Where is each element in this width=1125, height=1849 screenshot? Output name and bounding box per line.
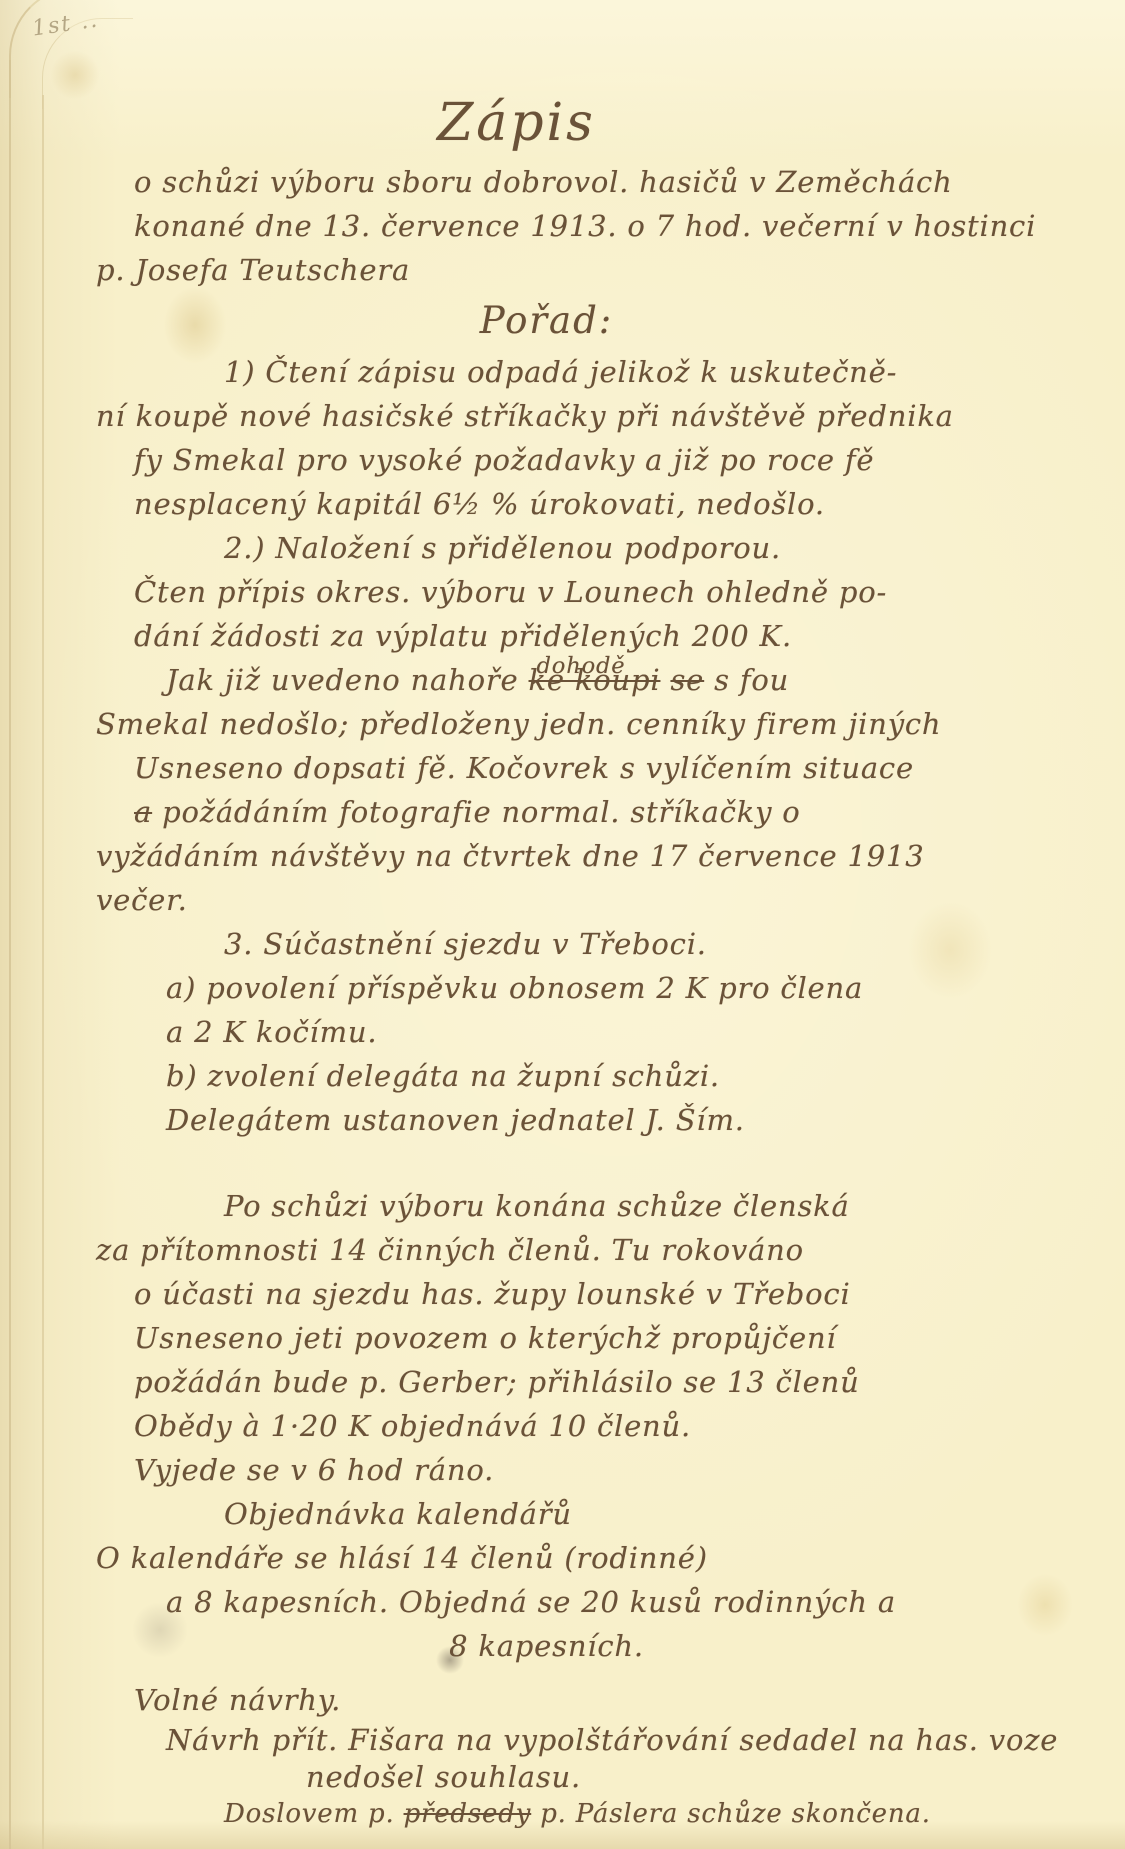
manuscript-line: ní koupě nové hasičské stříkačky při náv… [96,394,1117,438]
manuscript-line: 2.) Naložení s přidělenou podporou. [224,526,1117,570]
text-segment [660,663,670,697]
text-segment: p. Páslera schůze skončena. [531,1799,931,1829]
manuscript-line: večer. [96,878,1117,922]
manuscript-line: Usneseno jeti povozem o kterýchž propůjč… [134,1316,1117,1360]
page-background: { "colors": { "paper": "#f8f0ca", "ink":… [0,0,1125,1849]
manuscript-lines: o schůzi výboru sboru dobrovol. hasičů v… [96,160,1117,1833]
manuscript-line: Obědy à 1·20 K objednává 10 členů. [134,1404,1117,1448]
struck-text: ke koupidohodě [529,663,661,697]
manuscript-line: nesplacený kapitál 6½ % úrokovati, nedoš… [134,482,1117,526]
text-segment: požádáním fotografie normal. stříkačky o [152,795,800,829]
text-segment: Jak již uvedeno nahoře [166,663,529,697]
manuscript-line: 8 kapesních. [96,1624,997,1668]
inserted-word: dohodě [537,644,626,688]
manuscript-line: za přítomnosti 14 činných členů. Tu roko… [96,1228,1117,1272]
manuscript-line: Objednávka kalendářů [224,1492,1117,1536]
manuscript-line: vyžádáním návštěvy na čtvrtek dne 17 čer… [96,834,1117,878]
book-page-edge-inner [42,95,44,1849]
manuscript-line: a požádáním fotografie normal. stříkačky… [134,790,1117,834]
manuscript-line: nedošel souhlasu. [306,1759,1117,1796]
struck-text: a [134,795,152,829]
manuscript-line: konané dne 13. července 1913. o 7 hod. v… [134,204,1117,248]
manuscript-line: o účasti na sjezdu has. župy lounské v T… [134,1272,1117,1316]
book-page-edge [9,60,11,1849]
manuscript-line: Volné návrhy. [134,1678,1117,1722]
manuscript-line: fy Smekal pro vysoké požadavky a již po … [134,438,1117,482]
struck-text: předsedy [404,1799,532,1829]
manuscript-line: a 8 kapesních. Objedná se 20 kusů rodinn… [166,1580,1117,1624]
manuscript-line: požádán bude p. Gerber; přihlásilo se 13… [134,1360,1117,1404]
manuscript-line: 3. Súčastnění sjezdu v Třeboci. [224,922,1117,966]
manuscript-line: Návrh přít. Fišara na vypolštářování sed… [166,1722,1117,1759]
manuscript-line: Pořad: [96,292,997,350]
manuscript-line: Jak již uvedeno nahoře ke koupidohodě se… [166,658,1117,702]
manuscript-line: Doslovem p. předsedy p. Páslera schůze s… [224,1796,1117,1833]
manuscript-line: dání žádosti za výplatu přidělených 200 … [134,614,1117,658]
manuscript-line: a 2 K kočímu. [166,1010,1117,1054]
manuscript-line: Po schůzi výboru konána schůze členská [224,1184,1117,1228]
manuscript-line: o schůzi výboru sboru dobrovol. hasičů v… [134,160,1117,204]
struck-text: se [670,663,704,697]
manuscript-line: Vyjede se v 6 hod ráno. [134,1448,1117,1492]
manuscript-line: a) povolení příspěvku obnosem 2 K pro čl… [166,966,1117,1010]
text-segment: Doslovem p. [224,1799,404,1829]
manuscript-line: Čten přípis okres. výboru v Lounech ohle… [134,570,1117,614]
manuscript-line: Smekal nedošlo; předloženy jedn. cenníky… [96,702,1117,746]
manuscript-line: 1) Čtení zápisu odpadá jelikož k uskuteč… [224,350,1117,394]
manuscript-line: Usneseno dopsati fě. Kočovrek s vylíčení… [134,746,1117,790]
manuscript-page: Zápis o schůzi výboru sboru dobrovol. ha… [96,86,1117,1833]
manuscript-line: b) zvolení delegáta na župní schůzi. [166,1054,1117,1098]
text-segment: s fou [704,663,789,697]
manuscript-line: p. Josefa Teutschera [96,248,1117,292]
document-title: Zápis [96,86,937,160]
manuscript-line: O kalendáře se hlásí 14 členů (rodinné) [96,1536,1117,1580]
manuscript-line: Delegátem ustanoven jednatel J. Ším. [166,1098,1117,1142]
